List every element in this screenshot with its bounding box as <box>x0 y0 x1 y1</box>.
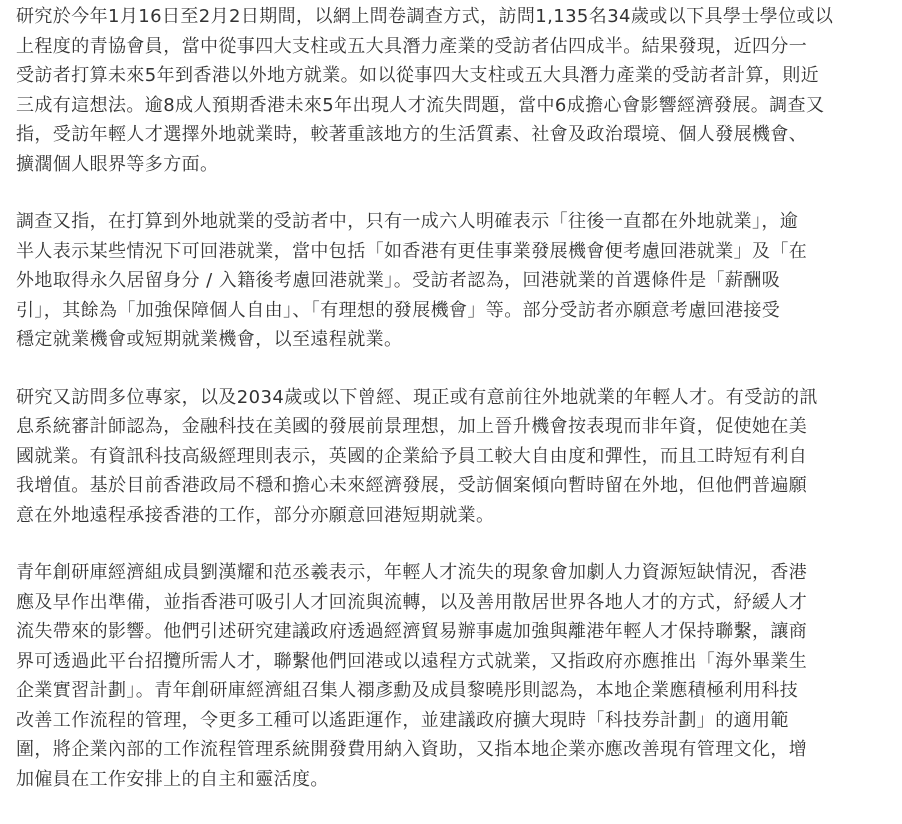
paragraph-policy-recommendations: 青年創研庫經濟組成員劉漢耀和范丞羲表示，年輕人才流失的現象會加劇人力資源短缺情況… <box>16 558 884 794</box>
text-line: 流失帶來的影響。他們引述研究建議政府透過經濟貿易辦事處加強與離港年輕人才保持聯繫… <box>16 617 884 647</box>
text-line: 受訪者打算未來5年到香港以外地方就業。如以從事四大支柱或五大具潛力產業的受訪者計… <box>16 61 884 91</box>
text-line: 外地取得永久居留身分 / 入籍後考慮回港就業」。受訪者認為，回港就業的首選條件是… <box>16 266 884 296</box>
text-line: 引」，其餘為「加強保障個人自由」、「有理想的發展機會」等。部分受訪者亦願意考慮回… <box>16 296 884 326</box>
text-line: 改善工作流程的管理，令更多工種可以遙距運作，並建議政府擴大現時「科技券計劃」的適… <box>16 706 884 736</box>
text-line: 圍，將企業內部的工作流程管理系統開發費用納入資助，又指本地企業亦應改善現有管理文… <box>16 735 884 765</box>
text-line: 界可透過此平台招攬所需人才，聯繫他們回港或以遠程方式就業，又指政府亦應推出「海外… <box>16 647 884 677</box>
text-line: 意在外地遠程承接香港的工作，部分亦願意回港短期就業。 <box>16 501 884 531</box>
text-line: 息系統審計師認為，金融科技在美國的發展前景理想，加上晉升機會按表現而非年資，促使… <box>16 412 884 442</box>
text-line: 國就業。有資訊科技高級經理則表示，英國的企業給予員工較大自由度和彈性，而且工時短… <box>16 442 884 472</box>
text-line: 研究又訪問多位專家，以及2034歲或以下曾經、現正或有意前往外地就業的年輕人才。… <box>16 383 884 413</box>
text-line: 三成有這想法。逾8成人預期香港未來5年出現人才流失問題，當中6成擔心會影響經濟發… <box>16 91 884 121</box>
text-line: 應及早作出準備，並指香港可吸引人才回流與流轉，以及善用散居世界各地人才的方式，紓… <box>16 588 884 618</box>
text-line: 半人表示某些情況下可回港就業，當中包括「如香港有更佳事業發展機會便考慮回港就業」… <box>16 237 884 267</box>
text-line: 調查又指，在打算到外地就業的受訪者中，只有一成六人明確表示「往後一直都在外地就業… <box>16 207 884 237</box>
text-line: 加僱員在工作安排上的自主和靈活度。 <box>16 765 884 795</box>
text-line: 上程度的青協會員，當中從事四大支柱或五大具潛力產業的受訪者佔四成半。結果發現，近… <box>16 32 884 62</box>
text-line: 擴濶個人眼界等多方面。 <box>16 150 884 180</box>
article-body: 研究於今年1月16日至2月2日期間，以網上問卷調查方式，訪問1,135名34歲或… <box>0 0 902 794</box>
text-line: 企業實習計劃」。青年創研庫經濟組召集人禤彥勳及成員黎曉彤則認為，本地企業應積極利… <box>16 676 884 706</box>
paragraph-return-conditions: 調查又指，在打算到外地就業的受訪者中，只有一成六人明確表示「往後一直都在外地就業… <box>16 207 884 355</box>
text-line: 青年創研庫經濟組成員劉漢耀和范丞羲表示，年輕人才流失的現象會加劇人力資源短缺情況… <box>16 558 884 588</box>
paragraph-survey-findings: 研究於今年1月16日至2月2日期間，以網上問卷調查方式，訪問1,135名34歲或… <box>16 2 884 179</box>
text-line: 指，受訪年輕人才選擇外地就業時，較著重該地方的生活質素、社會及政治環境、個人發展… <box>16 120 884 150</box>
paragraph-expert-interviews: 研究又訪問多位專家，以及2034歲或以下曾經、現正或有意前往外地就業的年輕人才。… <box>16 383 884 531</box>
text-line: 穩定就業機會或短期就業機會，以至遠程就業。 <box>16 325 884 355</box>
text-line: 我增值。基於目前香港政局不穩和擔心未來經濟發展，受訪個案傾向暫時留在外地，但他們… <box>16 471 884 501</box>
text-line: 研究於今年1月16日至2月2日期間，以網上問卷調查方式，訪問1,135名34歲或… <box>16 2 884 32</box>
